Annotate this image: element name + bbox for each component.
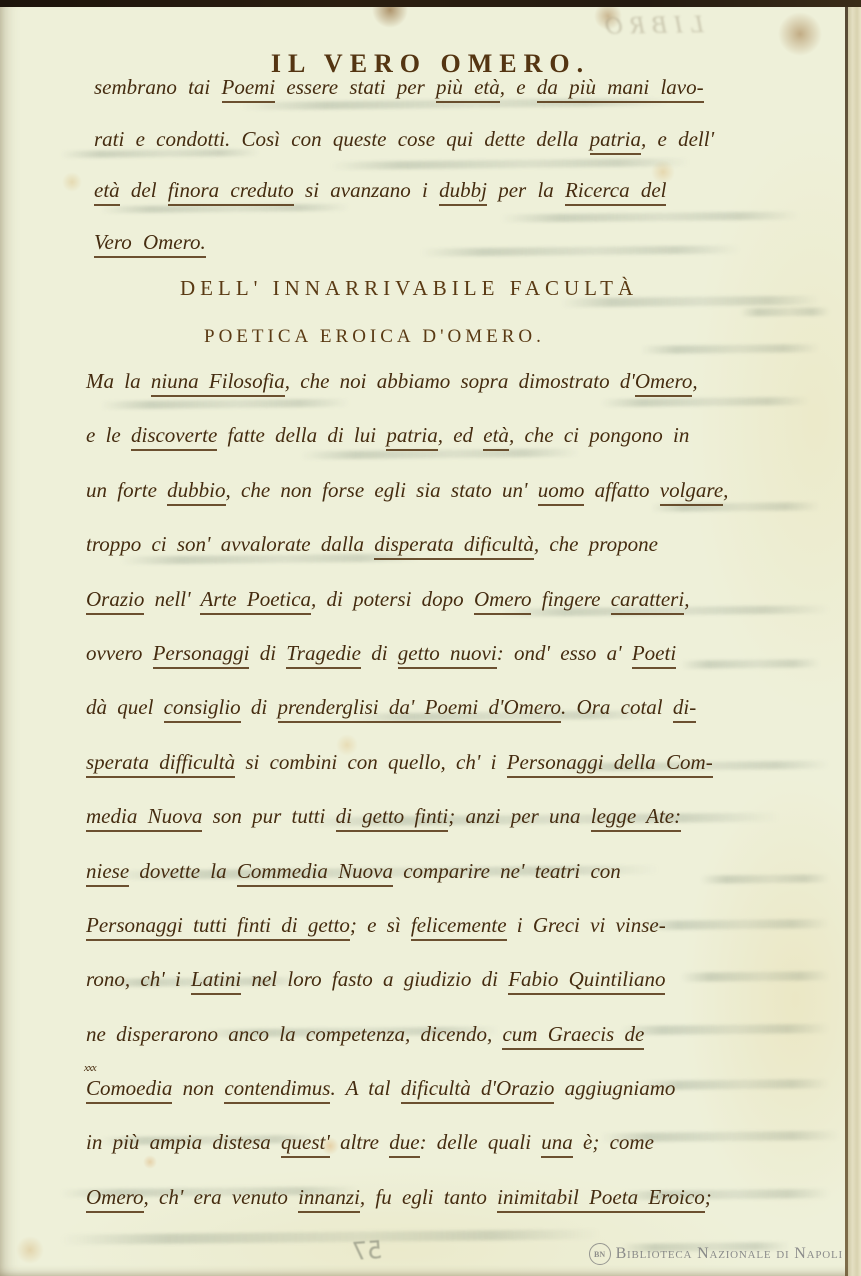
text-run: si combini con quello, ch' i xyxy=(235,750,507,774)
underlined-text: disperata dificultà xyxy=(374,532,534,560)
manuscript-line: media Nuova son pur tutti di getto finti… xyxy=(86,789,833,843)
underlined-text: getto nuovi xyxy=(398,641,497,669)
underlined-text: niese xyxy=(86,859,129,887)
paragraph-2: Ma la niuna Filosofia, che noi abbiamo s… xyxy=(86,354,833,1224)
underlined-text: innanzi xyxy=(298,1185,360,1213)
underlined-text: Fabio Quintiliano xyxy=(508,967,665,995)
text-run: ; anzi per una xyxy=(448,804,591,828)
underlined-text: Arte Poetica xyxy=(200,587,311,615)
text-run: ; xyxy=(705,1185,712,1209)
manuscript-line: sperata difficultà si combini con quello… xyxy=(86,735,833,789)
text-run: , e xyxy=(500,75,537,99)
text-run: è; come xyxy=(573,1130,654,1154)
text-run: . A tal xyxy=(330,1076,400,1100)
underlined-text: sperata difficultà xyxy=(86,750,235,778)
text-run: son pur tutti xyxy=(202,804,335,828)
underlined-text: finora creduto xyxy=(168,178,294,206)
text-run: i Greci vi vinse- xyxy=(507,913,666,937)
text-run: fatte della di lui xyxy=(217,423,386,447)
text-run: affatto xyxy=(584,478,659,502)
text-run: , e dell' xyxy=(641,127,714,151)
underlined-text: patria xyxy=(386,423,437,451)
text-run: rati e condotti. Così con queste cose qu… xyxy=(94,127,590,151)
section-heading-line-2: POETICA EROICA D'OMERO. xyxy=(204,326,545,348)
manuscript-line: Personaggi tutti finti di getto; e sì fe… xyxy=(86,898,833,952)
manuscript-line: ovvero Personaggi di Tragedie di getto n… xyxy=(86,626,833,680)
bleedthrough-corner-text: LIBRO xyxy=(598,11,704,41)
underlined-text: patria xyxy=(590,127,641,155)
underlined-text: contendimus xyxy=(224,1076,330,1104)
text-run: , xyxy=(684,587,689,611)
text-run: , che noi abbiamo sopra dimostrato d' xyxy=(285,369,635,393)
underlined-text: di- xyxy=(673,695,696,723)
underlined-text: caratteri xyxy=(611,587,685,615)
text-run: fingere xyxy=(531,587,610,611)
underlined-text: da più mani lavo- xyxy=(537,75,704,103)
underlined-text: Tragedie xyxy=(286,641,361,669)
underlined-text: Poeti xyxy=(632,641,676,669)
underlined-text: uomo xyxy=(538,478,585,506)
bleedthrough-smear xyxy=(740,308,830,317)
manuscript-scan-page: LIBRO IL VERO OMERO. sembrano tai Poemi … xyxy=(0,0,861,1276)
underlined-text: dubbio xyxy=(167,478,225,506)
underlined-text: Omero xyxy=(635,369,693,397)
manuscript-line: Vero Omero. xyxy=(94,217,821,269)
underlined-text: Personaggi della Com- xyxy=(507,750,713,778)
underlined-text: età xyxy=(94,178,120,206)
text-run: , che propone xyxy=(534,532,658,556)
manuscript-line: sembrano tai Poemi essere stati per più … xyxy=(94,62,821,114)
text-run: , xyxy=(723,478,728,502)
manuscript-line: rono, ch' i Latini nel loro fasto a giud… xyxy=(86,952,833,1006)
text-run: nell' xyxy=(144,587,200,611)
text-run: aggiugniamo xyxy=(554,1076,675,1100)
text-run: rono, ch' i xyxy=(86,967,191,991)
underlined-text: quest' xyxy=(281,1130,330,1158)
library-watermark: BN Biblioteca Nazionale di Napoli xyxy=(589,1243,843,1265)
bleedthrough-smear xyxy=(60,1229,600,1245)
underlined-text: niuna Filosofia xyxy=(151,369,285,397)
text-run: , che ci pongono in xyxy=(509,423,689,447)
text-run: ovvero xyxy=(86,641,153,665)
manuscript-line: rati e condotti. Così con queste cose qu… xyxy=(94,114,821,166)
text-run: troppo ci son' avvalorate dalla xyxy=(86,532,374,556)
manuscript-line: età del finora creduto si avanzano i dub… xyxy=(94,165,821,217)
underlined-text: Omero xyxy=(86,1185,144,1213)
text-run: , fu egli tanto xyxy=(360,1185,497,1209)
text-run: non xyxy=(172,1076,224,1100)
insertion-mark: xxx xyxy=(84,1062,96,1074)
text-run: un forte xyxy=(86,478,167,502)
text-run: si avanzano i xyxy=(294,178,439,202)
text-run: . Ora cotal xyxy=(561,695,673,719)
underlined-text: felicemente xyxy=(411,913,507,941)
text-run: , ed xyxy=(438,423,484,447)
manuscript-line: in più ampia distesa quest' altre due: d… xyxy=(86,1115,833,1169)
underlined-text: cum Graecis de xyxy=(502,1022,644,1050)
bleedthrough-smear xyxy=(640,344,820,354)
text-run: comparire ne' teatri con xyxy=(393,859,621,883)
text-run: di xyxy=(361,641,398,665)
underlined-text: legge Ate: xyxy=(591,804,681,832)
underlined-text: Orazio xyxy=(86,587,144,615)
manuscript-line: niese dovette la Commedia Nuova comparir… xyxy=(86,844,833,898)
text-run: , xyxy=(692,369,697,393)
text-run: , ch' era venuto xyxy=(144,1185,299,1209)
text-run: dà quel xyxy=(86,695,164,719)
underlined-text: inimitabil Poeta Eroico xyxy=(497,1185,705,1213)
text-run: nel loro fasto a giudizio di xyxy=(241,967,508,991)
manuscript-line: ne disperarono anco la competenza, dicen… xyxy=(86,1007,833,1061)
text-run: essere stati per xyxy=(275,75,436,99)
text-run: : delle quali xyxy=(420,1130,542,1154)
binding-top-edge xyxy=(0,0,861,7)
underlined-text: Omero xyxy=(474,587,532,615)
underlined-text: volgare xyxy=(660,478,723,506)
underlined-text: media Nuova xyxy=(86,804,202,832)
text-run: ne disperarono anco la competenza, dicen… xyxy=(86,1022,502,1046)
manuscript-line: Ma la niuna Filosofia, che noi abbiamo s… xyxy=(86,354,833,408)
manuscript-line: Orazio nell' Arte Poetica, di potersi do… xyxy=(86,572,833,626)
text-run: , di potersi dopo xyxy=(311,587,474,611)
underlined-text: dubbj xyxy=(439,178,487,206)
text-run: del xyxy=(120,178,168,202)
text-run: di xyxy=(241,695,278,719)
underlined-text: Vero Omero. xyxy=(94,230,206,258)
text-run: , che non forse egli sia stato un' xyxy=(226,478,538,502)
library-logo-icon: BN xyxy=(589,1243,611,1265)
manuscript-line: Comoedia non contendimus. A tal dificult… xyxy=(86,1061,833,1115)
underlined-text: una xyxy=(541,1130,573,1158)
text-run: sembrano tai xyxy=(94,75,222,99)
manuscript-line: e le discoverte fatte della di lui patri… xyxy=(86,408,833,462)
underlined-text: Personaggi tutti finti di getto xyxy=(86,913,350,941)
underlined-text: consiglio xyxy=(164,695,241,723)
text-run: di xyxy=(249,641,286,665)
text-run: Ma la xyxy=(86,369,151,393)
text-run: e le xyxy=(86,423,131,447)
manuscript-line: dà quel consiglio di prenderglisi da' Po… xyxy=(86,680,833,734)
underlined-text: di getto finti xyxy=(336,804,449,832)
manuscript-line: troppo ci son' avvalorate dalla disperat… xyxy=(86,517,833,571)
text-run: ; e sì xyxy=(350,913,411,937)
adjacent-page-edge xyxy=(848,0,861,1276)
underlined-text: Poemi xyxy=(222,75,276,103)
underlined-text: discoverte xyxy=(131,423,217,451)
underlined-text: dificultà d'Orazio xyxy=(401,1076,555,1104)
underlined-text: prenderglisi da' Poemi d'Omero xyxy=(278,695,562,723)
library-watermark-label: Biblioteca Nazionale di Napoli xyxy=(616,1245,843,1263)
underlined-text: Commedia Nuova xyxy=(237,859,393,887)
underlined-text: Latini xyxy=(191,967,241,995)
underlined-text: Ricerca del xyxy=(565,178,666,206)
manuscript-line: un forte dubbio, che non forse egli sia … xyxy=(86,463,833,517)
underlined-text: due xyxy=(389,1130,419,1158)
underlined-text: più età xyxy=(436,75,500,103)
paragraph-1: sembrano tai Poemi essere stati per più … xyxy=(94,62,821,268)
text-run: dovette la xyxy=(129,859,237,883)
underlined-text: Comoedia xyxy=(86,1076,172,1104)
manuscript-line: Omero, ch' era venuto innanzi, fu egli t… xyxy=(86,1170,833,1224)
text-run: : ond' esso a' xyxy=(497,641,632,665)
section-heading-line-1: DELL' INNARRIVABILE FACULTÀ xyxy=(180,276,638,301)
text-run: per la xyxy=(487,178,565,202)
underlined-text: Personaggi xyxy=(153,641,250,669)
text-run: in più ampia distesa xyxy=(86,1130,281,1154)
underlined-text: età xyxy=(483,423,509,451)
text-run: altre xyxy=(330,1130,389,1154)
